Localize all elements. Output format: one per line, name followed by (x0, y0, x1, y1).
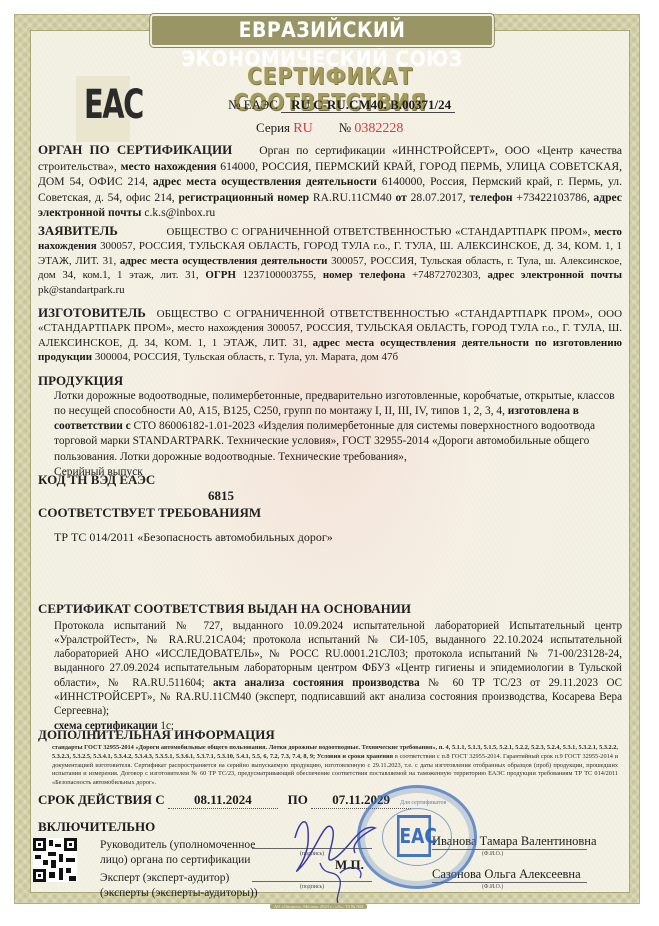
union-banner: ЕВРАЗИЙСКИЙ ЭКОНОМИЧЕСКИЙ СОЮЗ (150, 14, 494, 47)
printer-imprint: АО «Опцион», Москва, 2023 г., «А», ТЗ № … (270, 904, 367, 909)
expert-label: Эксперт (эксперт-аудитор) (эксперты (экс… (100, 871, 258, 901)
blank-number-value: 0382228 (354, 121, 403, 136)
certification-body-phone: +73422103786, (516, 191, 589, 204)
applicant-email: pk@standartpark.ru (38, 284, 125, 296)
product-standards: СТО 86006182-1.01-2023 «Изделия полимерб… (54, 420, 595, 463)
validity-from-date: 08.11.2024 (168, 792, 278, 809)
applicant-section: ЗАЯВИТЕЛЬ ОБЩЕСТВО С ОГРАНИЧЕННОЙ ОТВЕТС… (38, 224, 622, 297)
applicant-heading: ЗАЯВИТЕЛЬ (38, 223, 118, 238)
stamp-eac-logo: ЕАС (397, 815, 431, 857)
hs-code-value: 6815 (38, 488, 622, 504)
validity-to-label: ПО (288, 792, 308, 807)
head-label: Руководитель (уполномоченное лицо) орган… (100, 838, 255, 868)
basis-section: СЕРТИФИКАТ СООТВЕТСТВИЯ ВЫДАН НА ОСНОВАН… (38, 601, 622, 733)
certification-body-email: c.k.s@inbox.ru (144, 206, 215, 219)
certification-body-heading: ОРГАН ПО СЕРТИФИКАЦИИ (38, 142, 232, 157)
series-row: Серия RU № 0382228 (256, 120, 403, 137)
hs-code-heading: КОД ТН ВЭД ЕАЭС (38, 472, 622, 488)
registration-number: RA.RU.11CM40 (313, 191, 392, 204)
stamp-caption: Для сертификатов (400, 800, 446, 806)
handwritten-signature-icon (280, 808, 390, 903)
qr-code[interactable] (33, 838, 77, 882)
eac-logo: ЕАС (84, 82, 143, 128)
blank-number-label: № (339, 120, 351, 135)
certification-body-section: ОРГАН ПО СЕРТИФИКАЦИИ Орган по сертифика… (38, 142, 622, 221)
basis-heading: СЕРТИФИКАТ СООТВЕТСТВИЯ ВЫДАН НА ОСНОВАН… (38, 601, 622, 617)
product-heading: ПРОДУКЦИЯ (38, 373, 622, 389)
certificate-number: № ЕАЭС RU C-RU.CM40. B.00371/24 (228, 97, 455, 113)
applicant-phone: +74872702303, (412, 269, 481, 281)
requirements-value: ТР ТС 014/2011 «Безопасность автомобильн… (38, 530, 622, 546)
additional-info-text: стандарты ГОСТ 32955-2014 «Дороги автомо… (52, 744, 618, 788)
number-label: № ЕАЭС (228, 97, 278, 112)
number-value: RU C-RU.CM40. B.00371/24 (281, 97, 455, 113)
expert-fio-caption: (Ф.И.О.) (482, 884, 503, 890)
hs-code-section: КОД ТН ВЭД ЕАЭС 6815 (38, 472, 622, 503)
additional-info-heading: ДОПОЛНИТЕЛЬНАЯ ИНФОРМАЦИЯ (38, 727, 622, 743)
applicant-name: ОБЩЕСТВО С ОГРАНИЧЕННОЙ ОТВЕТСТВЕННОСТЬЮ… (166, 226, 590, 238)
applicant-ogrn: 1237100003755, (243, 269, 317, 281)
validity-from-label: СРОК ДЕЙСТВИЯ С (38, 792, 165, 807)
additional-info-section: ДОПОЛНИТЕЛЬНАЯ ИНФОРМАЦИЯ (38, 727, 622, 743)
manufacturer-section: ИЗГОТОВИТЕЛЬ ОБЩЕСТВО С ОГРАНИЧЕННОЙ ОТВ… (38, 306, 622, 365)
requirements-heading: СООТВЕТСТВУЕТ ТРЕБОВАНИЯМ (38, 505, 622, 521)
manufacturer-heading: ИЗГОТОВИТЕЛЬ (38, 305, 146, 320)
series-label: Серия (256, 120, 290, 135)
series-value: RU (293, 121, 312, 136)
expert-name-line (432, 882, 587, 883)
product-section: ПРОДУКЦИЯ Лотки дорожные водоотводные, п… (38, 373, 622, 480)
requirements-section: СООТВЕТСТВУЕТ ТРЕБОВАНИЯМ ТР ТС 014/2011… (38, 505, 622, 545)
head-fio-caption: (Ф.И.О.) (482, 851, 503, 857)
